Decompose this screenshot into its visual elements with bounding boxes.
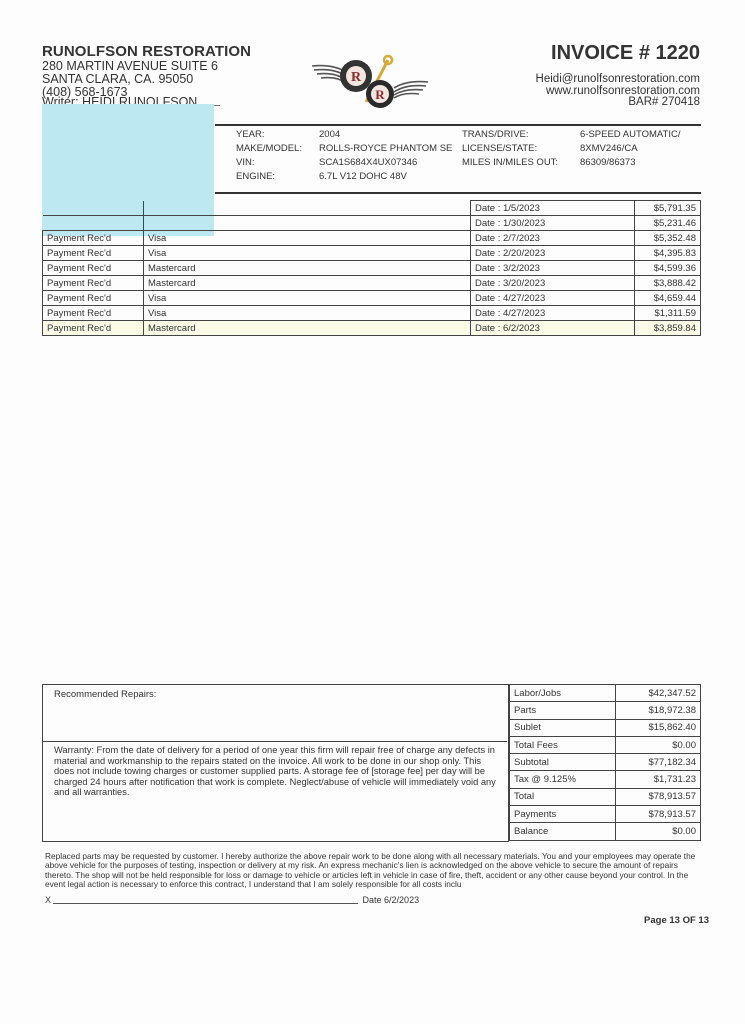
company-header: RUNOLFSON RESTORATION 280 MARTIN AVENUE … <box>42 44 251 99</box>
totals-label: Labor/Jobs <box>510 685 616 702</box>
payment-type: Payment Rec'd <box>43 246 144 261</box>
payment-method <box>144 201 471 216</box>
payment-date: Date : 4/27/2023 <box>471 306 635 321</box>
warranty-text: Warranty: From the date of delivery for … <box>54 745 502 798</box>
payment-method: Visa <box>144 231 471 246</box>
vehicle-license-state: 8XMV246/CA <box>580 142 680 156</box>
page-number: Page 13 OF 13 <box>644 915 709 926</box>
payment-type: Payment Rec'd <box>43 321 144 336</box>
authorization-terms: Replaced parts may be requested by custo… <box>45 852 707 889</box>
totals-value: $0.00 <box>616 736 701 753</box>
vehicle-vin: SCA1S684X4UX07346 <box>319 156 452 170</box>
payment-row: Date : 1/30/2023$5,231.46 <box>43 216 701 231</box>
payment-date: Date : 6/2/2023 <box>471 321 635 336</box>
payment-type <box>43 201 144 216</box>
company-logo-icon: R R <box>308 52 432 110</box>
payment-date: Date : 1/5/2023 <box>471 201 635 216</box>
svg-text:R: R <box>351 70 362 85</box>
totals-label: Tax @ 9.125% <box>510 771 616 788</box>
vehicle-values-right: 6-SPEED AUTOMATIC/ 8XMV246/CA 86309/8637… <box>580 128 680 170</box>
payment-amount: $5,231.46 <box>635 216 701 231</box>
payment-amount: $3,888.42 <box>635 276 701 291</box>
contact-email: Heidi@runolfsonrestoration.com <box>536 74 700 86</box>
totals-label: Payments <box>510 806 616 823</box>
payment-type: Payment Rec'd <box>43 261 144 276</box>
totals-label: Total <box>510 788 616 805</box>
vehicle-divider-top <box>215 124 701 126</box>
payment-row: Payment Rec'dMastercardDate : 3/2/2023$4… <box>43 261 701 276</box>
totals-value: $0.00 <box>616 823 701 840</box>
payment-date: Date : 3/20/2023 <box>471 276 635 291</box>
totals-value: $1,731.23 <box>616 771 701 788</box>
payment-type: Payment Rec'd <box>43 291 144 306</box>
repairs-divider <box>42 741 507 742</box>
vehicle-make-model: ROLLS-ROYCE PHANTOM SE <box>319 142 452 156</box>
payment-method: Mastercard <box>144 276 471 291</box>
payment-method: Visa <box>144 246 471 261</box>
payment-date: Date : 4/27/2023 <box>471 291 635 306</box>
totals-value: $15,862.40 <box>616 719 701 736</box>
totals-value: $78,913.57 <box>616 806 701 823</box>
vehicle-labels-left: YEAR: MAKE/MODEL: VIN: ENGINE: <box>236 128 302 184</box>
totals-value: $78,913.57 <box>616 788 701 805</box>
totals-label: Total Fees <box>510 736 616 753</box>
payment-row: Payment Rec'dVisaDate : 2/20/2023$4,395.… <box>43 246 701 261</box>
payment-row: Payment Rec'dVisaDate : 4/27/2023$4,659.… <box>43 291 701 306</box>
payment-row: Date : 1/5/2023$5,791.35 <box>43 201 701 216</box>
payment-method: Mastercard <box>144 321 471 336</box>
signature-line: X Date 6/2/2023 <box>45 895 419 905</box>
totals-label: Parts <box>510 702 616 719</box>
signature-date: Date 6/2/2023 <box>363 895 420 905</box>
contact-info: Heidi@runolfsonrestoration.com www.runol… <box>536 74 700 109</box>
totals-row: Payments$78,913.57 <box>510 806 701 823</box>
signature-field[interactable] <box>53 903 358 904</box>
payment-date: Date : 3/2/2023 <box>471 261 635 276</box>
vehicle-label: ENGINE: <box>236 170 302 184</box>
company-name: RUNOLFSON RESTORATION <box>42 44 251 60</box>
totals-row: Balance$0.00 <box>510 823 701 840</box>
vehicle-label: TRANS/DRIVE: <box>462 128 558 142</box>
payment-method: Visa <box>144 291 471 306</box>
payment-method: Visa <box>144 306 471 321</box>
totals-value: $77,182.34 <box>616 754 701 771</box>
invoice-number: INVOICE # 1220 <box>551 42 700 65</box>
vehicle-values-left: 2004 ROLLS-ROYCE PHANTOM SE SCA1S684X4UX… <box>319 128 452 184</box>
payment-amount: $1,311.59 <box>635 306 701 321</box>
vehicle-divider-bottom <box>215 192 701 194</box>
totals-row: Sublet$15,862.40 <box>510 719 701 736</box>
payment-row: Payment Rec'dVisaDate : 2/7/2023$5,352.4… <box>43 231 701 246</box>
vehicle-year: 2004 <box>319 128 452 142</box>
payment-row: Payment Rec'dMastercardDate : 6/2/2023$3… <box>43 321 701 336</box>
totals-row: Subtotal$77,182.34 <box>510 754 701 771</box>
payment-amount: $3,859.84 <box>635 321 701 336</box>
totals-row: Tax @ 9.125%$1,731.23 <box>510 771 701 788</box>
payment-row: Payment Rec'dMastercardDate : 3/20/2023$… <box>43 276 701 291</box>
totals-label: Balance <box>510 823 616 840</box>
vehicle-label: LICENSE/STATE: <box>462 142 558 156</box>
payment-date: Date : 2/7/2023 <box>471 231 635 246</box>
payment-amount: $4,659.44 <box>635 291 701 306</box>
totals-label: Sublet <box>510 719 616 736</box>
totals-row: Total Fees$0.00 <box>510 736 701 753</box>
payment-method: Mastercard <box>144 261 471 276</box>
payment-type: Payment Rec'd <box>43 306 144 321</box>
payment-method <box>144 216 471 231</box>
bar-number: BAR# 270418 <box>536 97 700 109</box>
totals-row: Parts$18,972.38 <box>510 702 701 719</box>
payment-type <box>43 216 144 231</box>
payment-type: Payment Rec'd <box>43 276 144 291</box>
signature-x: X <box>45 895 51 905</box>
payment-amount: $5,352.48 <box>635 231 701 246</box>
svg-text:R: R <box>375 87 385 102</box>
vehicle-label: MAKE/MODEL: <box>236 142 302 156</box>
payment-amount: $4,599.36 <box>635 261 701 276</box>
payment-amount: $4,395.83 <box>635 246 701 261</box>
vehicle-trans-drive: 6-SPEED AUTOMATIC/ <box>580 128 680 142</box>
totals-value: $18,972.38 <box>616 702 701 719</box>
payment-amount: $5,791.35 <box>635 201 701 216</box>
payment-row: Payment Rec'dVisaDate : 4/27/2023$1,311.… <box>43 306 701 321</box>
vehicle-labels-right: TRANS/DRIVE: LICENSE/STATE: MILES IN/MIL… <box>462 128 558 170</box>
totals-value: $42,347.52 <box>616 685 701 702</box>
vehicle-miles: 86309/86373 <box>580 156 680 170</box>
payment-date: Date : 1/30/2023 <box>471 216 635 231</box>
totals-label: Subtotal <box>510 754 616 771</box>
recommended-repairs-label: Recommended Repairs: <box>54 689 156 700</box>
vehicle-label: YEAR: <box>236 128 302 142</box>
vehicle-engine: 6.7L V12 DOHC 48V <box>319 170 452 184</box>
vehicle-label: MILES IN/MILES OUT: <box>462 156 558 170</box>
payment-type: Payment Rec'd <box>43 231 144 246</box>
vehicle-label: VIN: <box>236 156 302 170</box>
payments-table: Date : 1/5/2023$5,791.35Date : 1/30/2023… <box>42 200 701 336</box>
totals-row: Labor/Jobs$42,347.52 <box>510 685 701 702</box>
totals-row: Total$78,913.57 <box>510 788 701 805</box>
totals-table: Labor/Jobs$42,347.52Parts$18,972.38Suble… <box>509 684 701 841</box>
payment-date: Date : 2/20/2023 <box>471 246 635 261</box>
